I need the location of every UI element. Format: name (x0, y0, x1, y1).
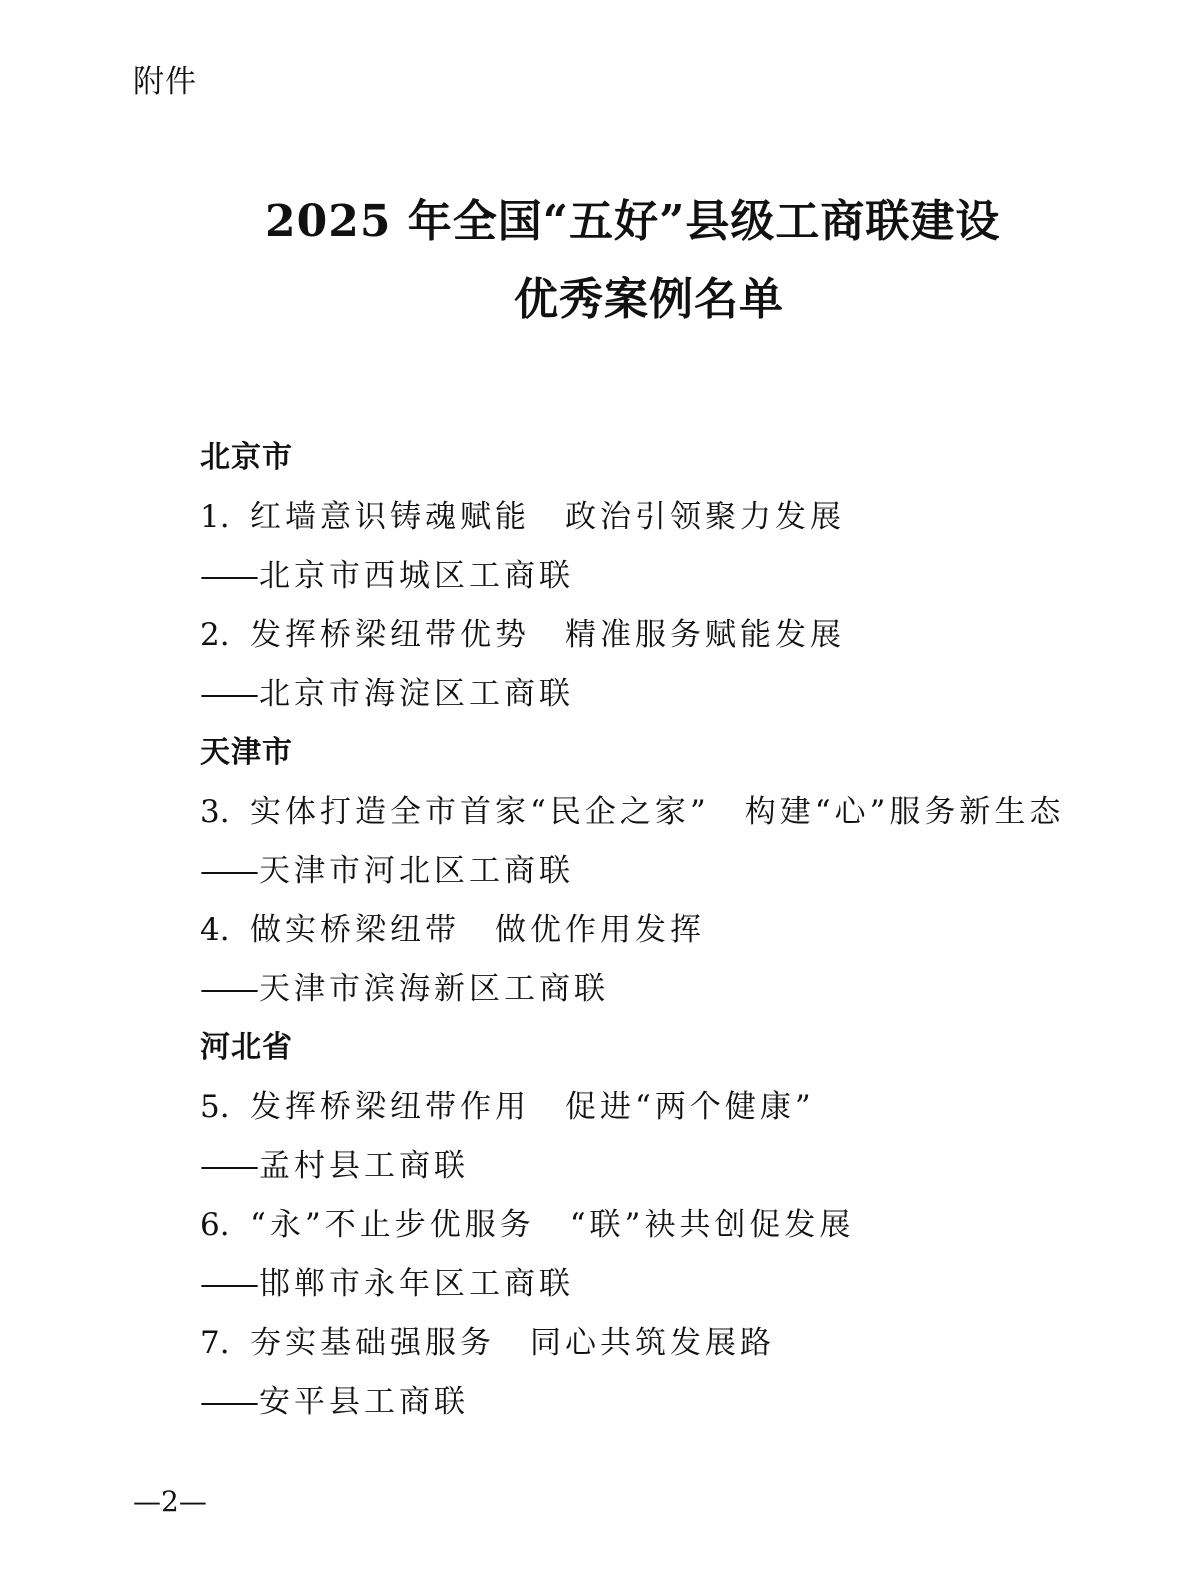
case-entry-org: ——孟村县工商联 (200, 1140, 1160, 1199)
case-list: 北京市 1.红墙意识铸魂赋能 政治引领聚力发展 ——北京市西城区工商联 2.发挥… (200, 432, 1160, 1435)
case-organization: 北京市海淀区工商联 (259, 676, 574, 712)
case-title: “永”不止步优服务 “联”袂共创促发展 (250, 1207, 854, 1243)
dash: —— (200, 676, 256, 712)
region-heading: 河北省 (200, 1022, 1160, 1081)
case-entry-title: 3.实体打造全市首家“民企之家” 构建“心”服务新生态 (200, 786, 1160, 845)
case-entry-title: 5.发挥桥梁纽带作用 促进“两个健康” (200, 1081, 1160, 1140)
case-title: 夯实基础强服务 同心共筑发展路 (250, 1325, 775, 1361)
page-number: —2— (133, 1482, 207, 1522)
dash: —— (200, 1266, 256, 1302)
case-number: 5. (200, 1081, 250, 1133)
case-title: 红墙意识铸魂赋能 政治引领聚力发展 (250, 499, 845, 535)
case-organization: 天津市滨海新区工商联 (259, 971, 609, 1007)
dash: —— (200, 558, 256, 594)
case-entry-org: ——天津市河北区工商联 (200, 845, 1160, 904)
case-title: 实体打造全市首家“民企之家” 构建“心”服务新生态 (250, 794, 1064, 830)
case-entry-title: 7.夯实基础强服务 同心共筑发展路 (200, 1317, 1160, 1376)
dash: —— (200, 971, 256, 1007)
case-entry-org: ——安平县工商联 (200, 1376, 1160, 1435)
case-entry-title: 6.“永”不止步优服务 “联”袂共创促发展 (200, 1199, 1160, 1258)
document-title-line-1: 2025 年全国“五好”县级工商联建设 (265, 192, 1000, 252)
case-number: 6. (200, 1199, 250, 1251)
region-heading: 天津市 (200, 727, 1160, 786)
case-number: 7. (200, 1317, 250, 1369)
case-entry-title: 2.发挥桥梁纽带优势 精准服务赋能发展 (200, 609, 1160, 668)
region-heading: 北京市 (200, 432, 1160, 491)
case-organization: 孟村县工商联 (259, 1148, 469, 1184)
case-number: 2. (200, 609, 250, 661)
attachment-label: 附件 (133, 60, 197, 104)
case-organization: 天津市河北区工商联 (259, 853, 574, 889)
dash: —— (200, 1148, 256, 1184)
case-organization: 安平县工商联 (259, 1384, 469, 1420)
case-entry-org: ——天津市滨海新区工商联 (200, 963, 1160, 1022)
document-title-line-2: 优秀案例名单 (514, 270, 784, 330)
case-organization: 北京市西城区工商联 (259, 558, 574, 594)
case-number: 1. (200, 491, 250, 543)
dash: —— (200, 853, 256, 889)
case-title: 做实桥梁纽带 做优作用发挥 (250, 912, 705, 948)
case-title: 发挥桥梁纽带优势 精准服务赋能发展 (250, 617, 845, 653)
case-entry-org: ——北京市西城区工商联 (200, 550, 1160, 609)
case-organization: 邯郸市永年区工商联 (259, 1266, 574, 1302)
case-entry-org: ——北京市海淀区工商联 (200, 668, 1160, 727)
case-entry-org: ——邯郸市永年区工商联 (200, 1258, 1160, 1317)
dash: —— (200, 1384, 256, 1420)
case-number: 3. (200, 786, 250, 838)
case-entry-title: 4.做实桥梁纽带 做优作用发挥 (200, 904, 1160, 963)
case-number: 4. (200, 904, 250, 956)
case-entry-title: 1.红墙意识铸魂赋能 政治引领聚力发展 (200, 491, 1160, 550)
case-title: 发挥桥梁纽带作用 促进“两个健康” (250, 1089, 815, 1125)
